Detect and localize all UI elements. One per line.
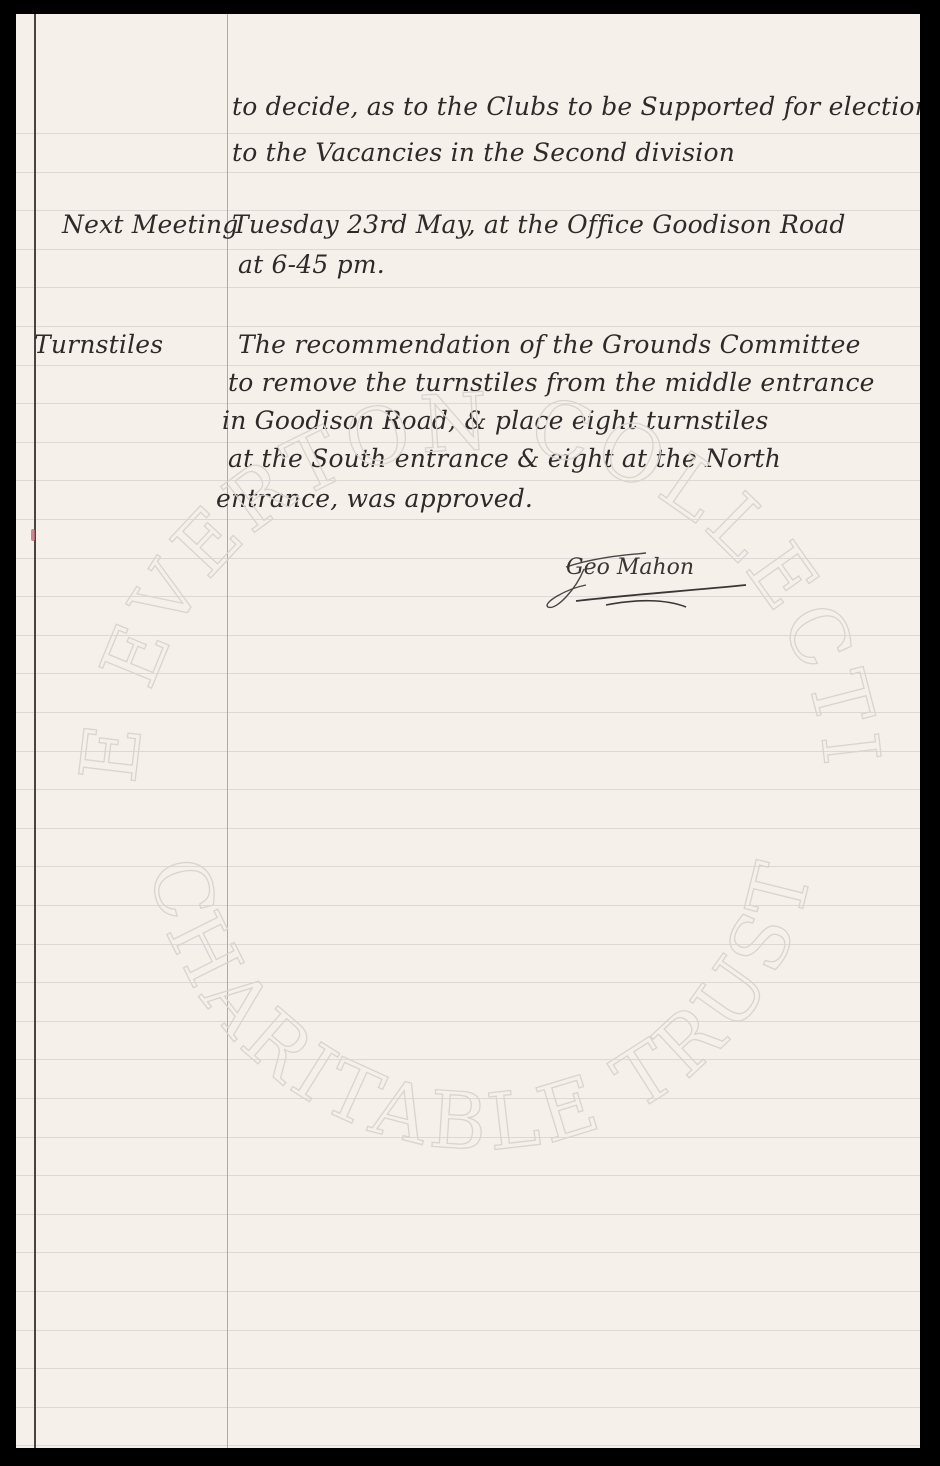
entry-line: entrance, was approved. <box>216 484 533 513</box>
ruled-line <box>16 1291 920 1292</box>
ruled-line <box>16 1175 920 1176</box>
ruled-line <box>16 1021 920 1022</box>
ruled-line <box>16 1137 920 1138</box>
ruled-line <box>16 596 920 597</box>
ruled-line <box>16 558 920 559</box>
entry-line: Tuesday 23rd May, at the Office Goodison… <box>232 210 846 239</box>
svg-text:CHARITABLE TRUST: CHARITABLE TRUST <box>130 849 831 1169</box>
signature: Geo Mahon <box>536 549 756 619</box>
ruled-line <box>16 1407 920 1408</box>
ruled-line <box>16 751 920 752</box>
ruled-line <box>16 1252 920 1253</box>
ruled-line <box>16 1214 920 1215</box>
ruled-line <box>16 944 920 945</box>
ruled-line <box>16 442 920 443</box>
entry-line: to remove the turnstiles from the middle… <box>228 368 875 397</box>
ruled-line <box>16 866 920 867</box>
ruled-line <box>16 172 920 173</box>
watermark-bottom-text: CHARITABLE TRUST <box>130 849 831 1169</box>
minute-book-page: to decide, as to the Clubs to be Support… <box>16 14 920 1448</box>
entry-label-turnstiles: Turnstiles <box>34 330 163 359</box>
ruled-line <box>16 326 920 327</box>
entry-line: The recommendation of the Grounds Commit… <box>238 330 861 359</box>
ruled-line <box>16 635 920 636</box>
ruled-line <box>16 1330 920 1331</box>
ruled-line <box>16 249 920 250</box>
ruled-line <box>16 673 920 674</box>
ruled-line <box>16 982 920 983</box>
ruled-line <box>16 519 920 520</box>
binding-margin-line <box>34 14 36 1448</box>
entry-line: at 6-45 pm. <box>238 250 385 279</box>
ruled-line <box>16 712 920 713</box>
scanned-page-frame: to decide, as to the Clubs to be Support… <box>0 0 940 1466</box>
ruled-line <box>16 1059 920 1060</box>
entry-label-next-meeting: Next Meeting <box>62 210 239 239</box>
ruled-line <box>16 287 920 288</box>
ruled-line <box>16 133 920 134</box>
ruled-line <box>16 905 920 906</box>
ruled-line <box>16 480 920 481</box>
ruled-line <box>16 1098 920 1099</box>
ruled-line <box>16 828 920 829</box>
ruled-line <box>16 1445 920 1446</box>
entry-line: to decide, as to the Clubs to be Support… <box>232 92 920 121</box>
watermark-top-text: THE EVERTON COLLECTION <box>16 14 896 787</box>
signature-text: Geo Mahon <box>566 555 694 580</box>
entry-line: at the South entrance & eight at the Nor… <box>228 444 781 473</box>
svg-text:THE EVERTON COLLECTION: THE EVERTON COLLECTION <box>16 14 896 787</box>
ruled-line <box>16 403 920 404</box>
ruled-line <box>16 789 920 790</box>
ruled-line <box>16 1368 920 1369</box>
ink-mark <box>31 529 35 541</box>
entry-line: to the Vacancies in the Second division <box>232 138 735 167</box>
ruled-line <box>16 365 920 366</box>
entry-line: in Goodison Road, & place eight turnstil… <box>222 406 769 435</box>
